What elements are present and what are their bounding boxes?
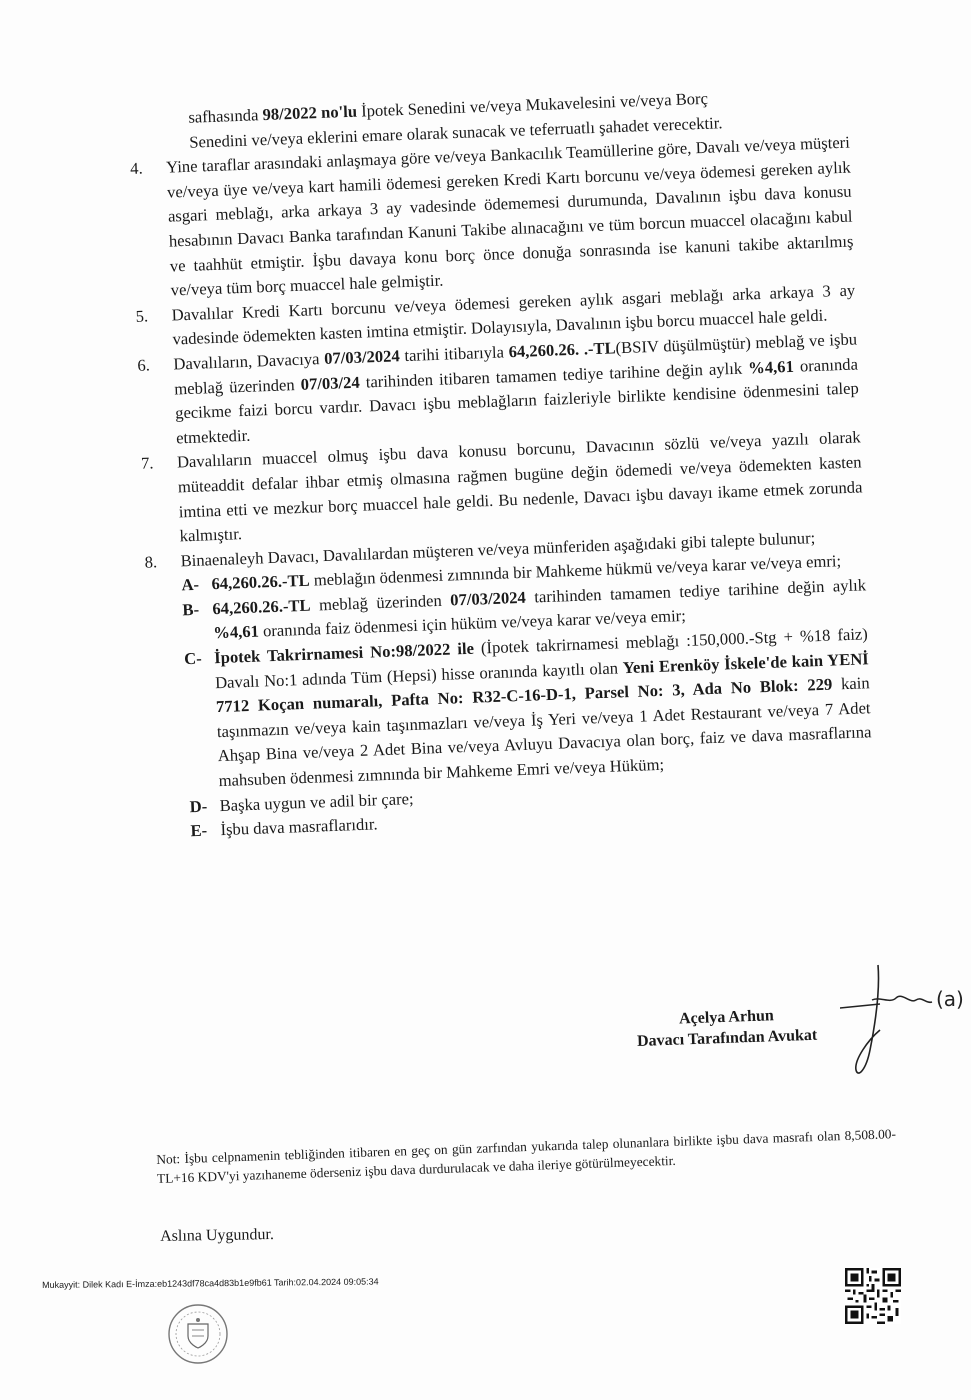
- registrar-e-signature-line: Mukayyit: Dilek Kadı E-İmza:eb1243df78ca…: [42, 1276, 379, 1290]
- request-letter: A-: [181, 573, 199, 598]
- item-number: 4.: [130, 157, 143, 182]
- emphasis-text: 07/03/24: [300, 372, 360, 393]
- item-number: 8.: [144, 550, 157, 575]
- request-letter: D-: [189, 794, 207, 819]
- request-letter: E-: [190, 819, 207, 844]
- petition-body: safhasında 98/2022 no'lu İpotek Senedini…: [128, 82, 875, 846]
- court-seal-icon: [166, 1302, 230, 1366]
- request-text: İşbu dava masraflarıdır.: [220, 815, 378, 840]
- emphasis-text: 64,260.26.-TL: [211, 571, 310, 594]
- item-number: 6.: [137, 353, 150, 378]
- emphasis-text: 07/03/2024: [450, 588, 526, 610]
- certified-copy-label: Aslına Uygundur.: [160, 1226, 274, 1246]
- signature-block: Açelya Arhun Davacı Tarafından Avukat: [636, 1004, 818, 1052]
- lead-bold: 98/2022 no'lu: [262, 102, 357, 124]
- document-page: safhasında 98/2022 no'lu İpotek Senedini…: [0, 0, 971, 1400]
- request-item: C-İpotek Takrirnamesi No:98/2022 ile (İp…: [148, 622, 873, 796]
- request-letter: B-: [182, 598, 199, 623]
- item-number: 7.: [141, 452, 154, 477]
- svg-text:(a): (a): [936, 987, 964, 1011]
- emphasis-text: 64,260.26.-TL: [212, 596, 311, 619]
- emphasis-text: 64,260.26. .-TL: [508, 338, 616, 361]
- item-text: Yine taraflar arasındaki anlaşmaya göre …: [166, 133, 854, 300]
- body-text: İşbu dava masraflarıdır.: [220, 815, 378, 840]
- numbered-items: 4.Yine taraflar arasındaki anlaşmaya gör…: [130, 131, 865, 575]
- lead-text: safhasında: [188, 105, 263, 127]
- item-number: 5.: [135, 304, 148, 329]
- request-items: A-64,260.26.-TL meblağın ödenmesi zımnın…: [145, 549, 874, 846]
- body-text: tarihi itibarıyla: [399, 342, 509, 365]
- emphasis-text: 07/03/2024: [324, 346, 400, 368]
- handwritten-signature-icon: (a): [840, 960, 970, 1080]
- body-text: meblağ üzerinden: [310, 590, 450, 614]
- note-paragraph: Not: İşbu celpnamenin tebliğinden itibar…: [156, 1124, 897, 1188]
- emphasis-text: %4,61: [748, 356, 794, 377]
- request-text: İpotek Takrirnamesi No:98/2022 ile (İpot…: [214, 624, 872, 790]
- body-text: Davalıların, Davacıya: [173, 349, 324, 374]
- body-text: Başka uygun ve adil bir çare;: [219, 789, 414, 815]
- request-text: Başka uygun ve adil bir çare;: [219, 789, 414, 815]
- emphasis-text: %4,61: [213, 622, 259, 643]
- qr-code-icon: [845, 1268, 901, 1324]
- request-letter: C-: [184, 647, 202, 672]
- numbered-item: 4.Yine taraflar arasındaki anlaşmaya gör…: [130, 131, 855, 305]
